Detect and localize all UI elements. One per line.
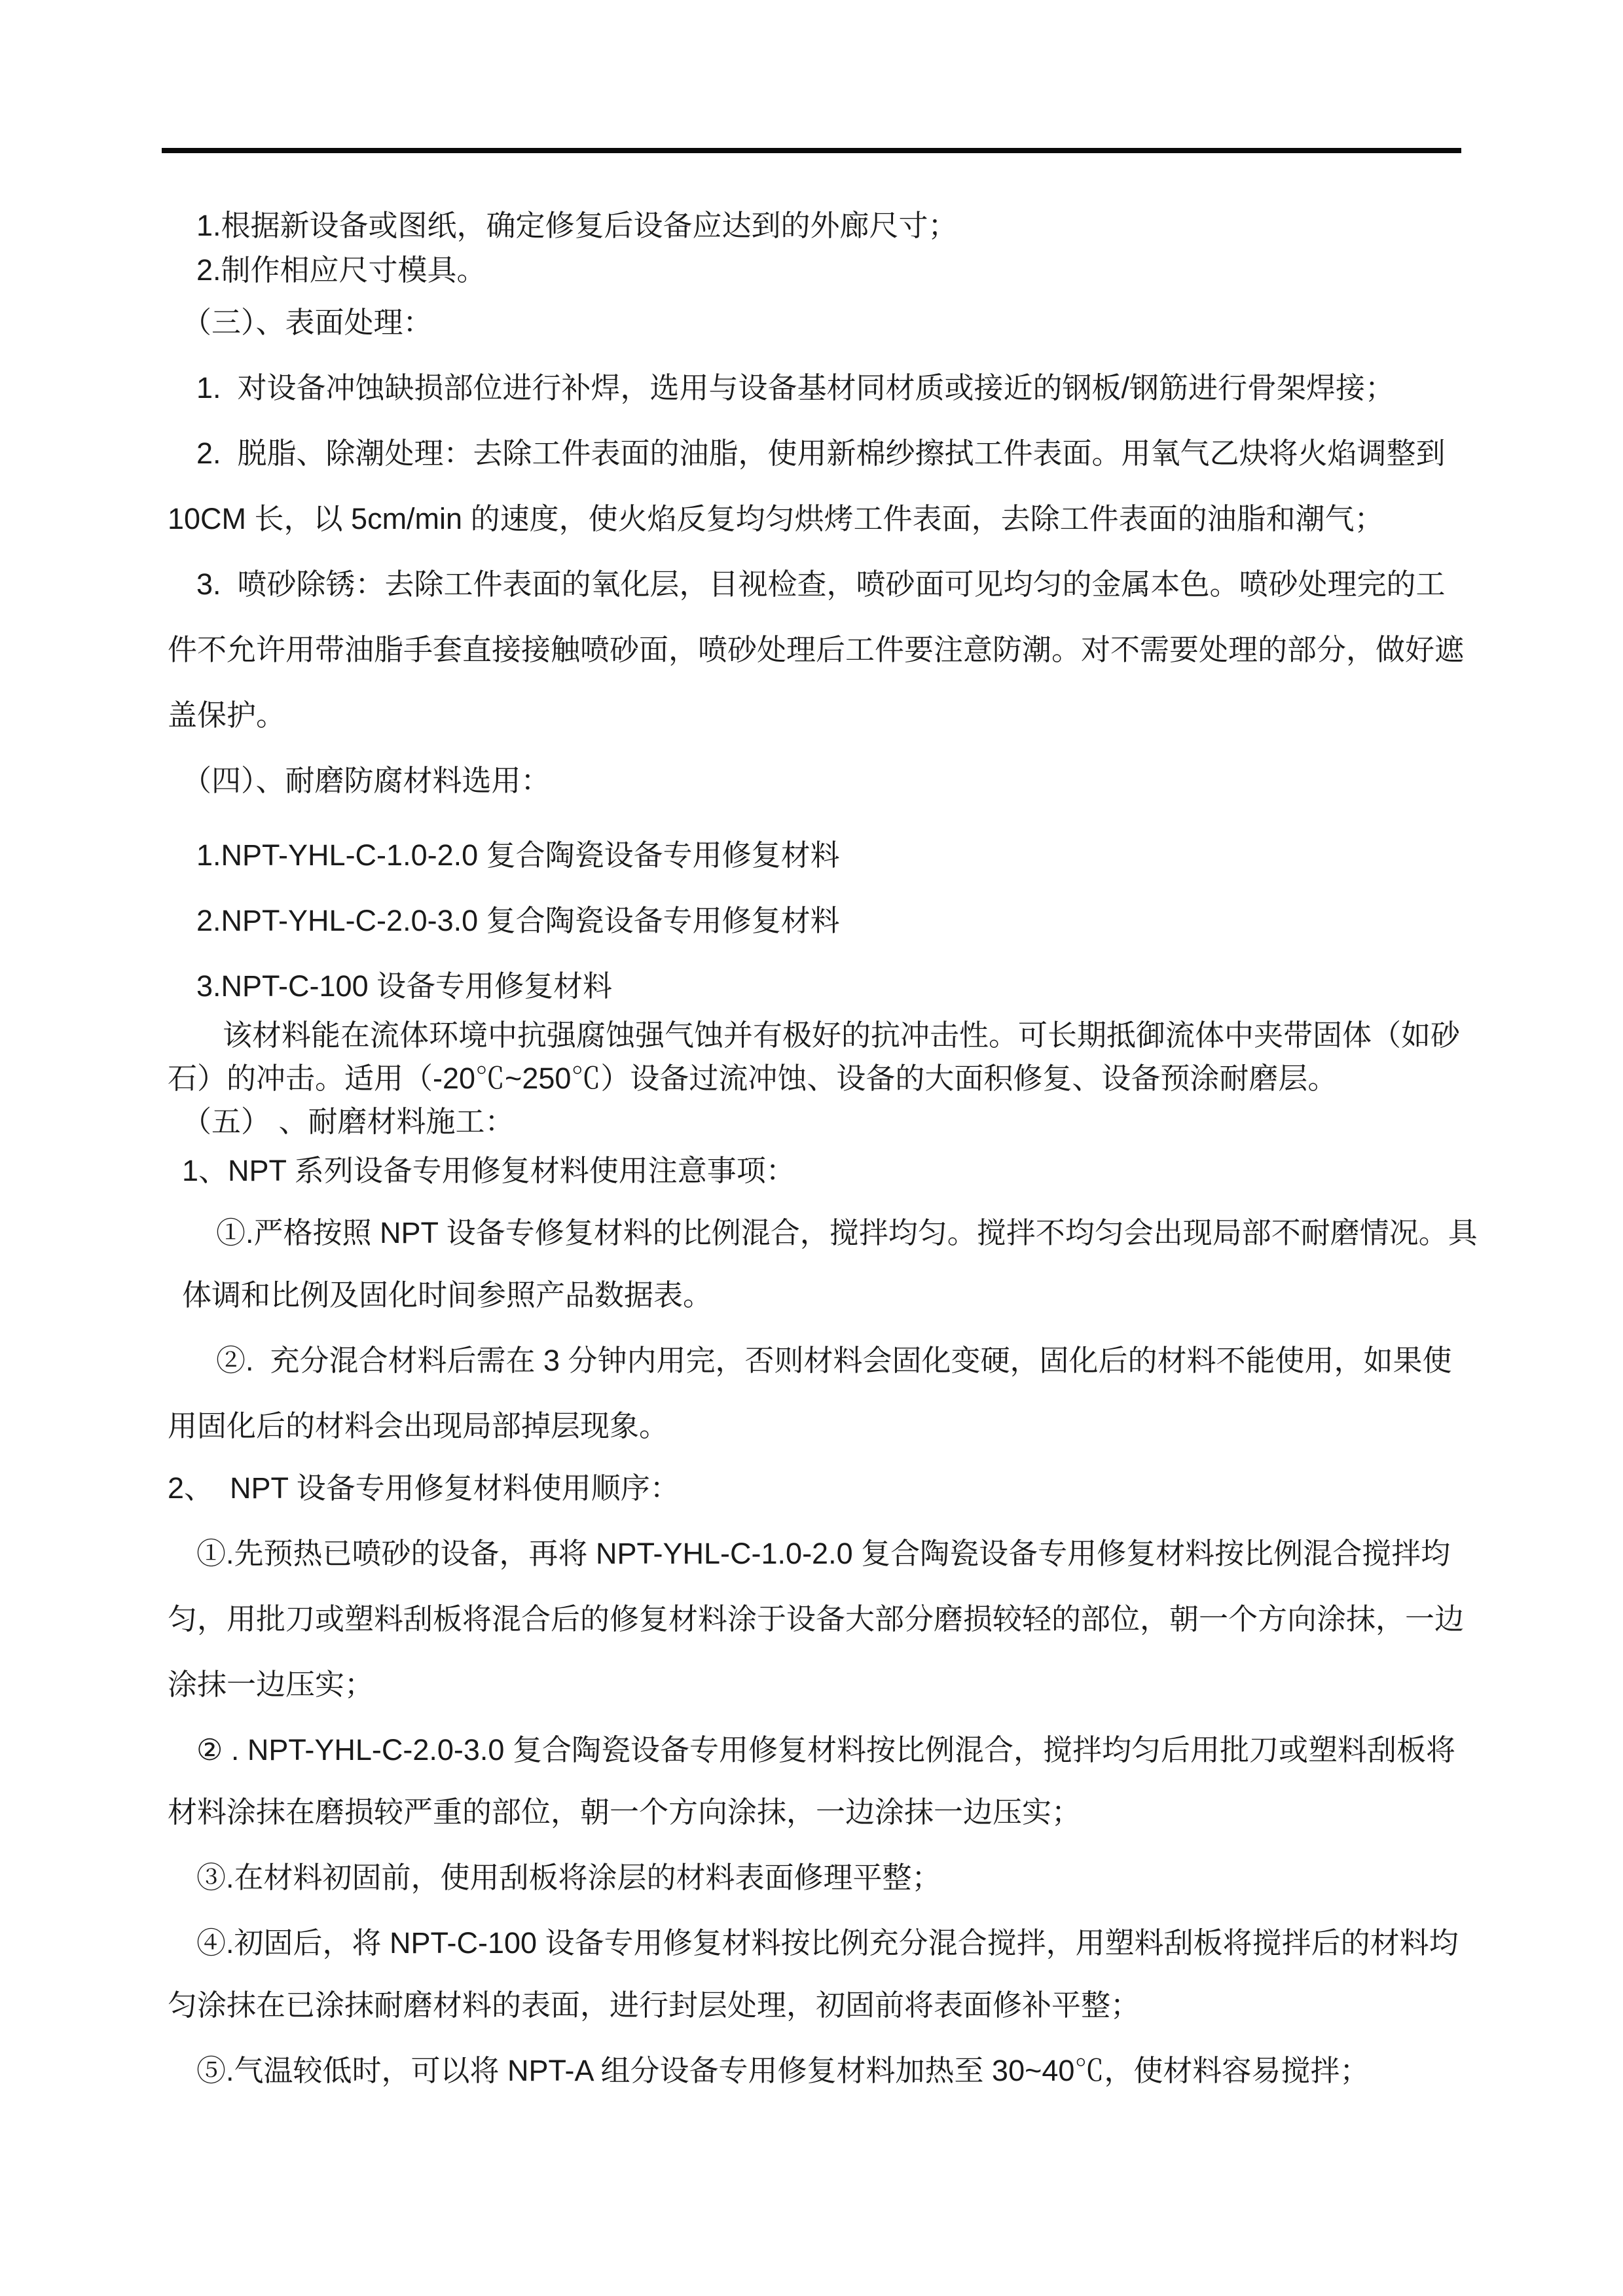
paragraph-line: 盖保护。 — [168, 696, 1470, 734]
paragraph-line: ②. 充分混合材料后需在 3 分钟内用完，否则材料会固化变硬，固化后的材料不能使… — [168, 1342, 1470, 1380]
paragraph-line: ④.初固后，将 NPT-C-100 设备专用修复材料按比例充分混合搅拌，用塑料刮… — [168, 1924, 1470, 1962]
document-body: 1.根据新设备或图纸，确定修复后设备应达到的外廊尺寸；2.制作相应尺寸模具。（三… — [168, 207, 1470, 2090]
paragraph-line: ①.先预热已喷砂的设备，再将 NPT-YHL-C-1.0-2.0 复合陶瓷设备专… — [168, 1535, 1470, 1573]
paragraph-line: 2.制作相应尺寸模具。 — [168, 251, 1470, 289]
paragraph-line: （五） 、耐磨材料施工： — [168, 1103, 1470, 1141]
paragraph-line: 体调和比例及固化时间参照产品数据表。 — [168, 1276, 1470, 1314]
paragraph-line: （四）、耐磨防腐材料选用： — [168, 762, 1470, 800]
paragraph-line: 1. 对设备冲蚀缺损部位进行补焊，选用与设备基材同材质或接近的钢板/钢筋进行骨架… — [168, 369, 1470, 407]
paragraph-line: 3.NPT-C-100 设备专用修复材料 — [168, 967, 1470, 1005]
paragraph-line: 材料涂抹在磨损较严重的部位，朝一个方向涂抹，一边涂抹一边压实； — [168, 1793, 1470, 1831]
paragraph-line: 2、 NPT 设备专用修复材料使用顺序： — [168, 1469, 1470, 1507]
paragraph-line: 涂抹一边压实； — [168, 1666, 1470, 1704]
paragraph-line: 该材料能在流体环境中抗强腐蚀强气蚀并有极好的抗冲击性。可长期抵御流体中夹带固体（… — [168, 1016, 1470, 1054]
paragraph-line: ② . NPT-YHL-C-2.0-3.0 复合陶瓷设备专用修复材料按比例混合，… — [168, 1731, 1470, 1769]
paragraph-line: 件不允许用带油脂手套直接接触喷砂面，喷砂处理后工件要注意防潮。对不需要处理的部分… — [168, 631, 1470, 669]
paragraph-line: 10CM 长，以 5cm/min 的速度，使火焰反复均匀烘烤工件表面，去除工件表… — [168, 500, 1470, 538]
paragraph-line: 1.NPT-YHL-C-1.0-2.0 复合陶瓷设备专用修复材料 — [168, 836, 1470, 874]
paragraph-line: 石）的冲击。适用（-20℃~250℃）设备过流冲蚀、设备的大面积修复、设备预涂耐… — [168, 1060, 1470, 1098]
paragraph-line: ⑤.气温较低时，可以将 NPT-A 组分设备专用修复材料加热至 30~40℃，使… — [168, 2052, 1470, 2090]
paragraph-line: ①.严格按照 NPT 设备专修复材料的比例混合，搅拌均匀。搅拌不均匀会出现局部不… — [168, 1214, 1470, 1252]
paragraph-line: 1、NPT 系列设备专用修复材料使用注意事项： — [168, 1152, 1470, 1190]
paragraph-line: 匀涂抹在已涂抹耐磨材料的表面，进行封层处理，初固前将表面修补平整； — [168, 1986, 1470, 2024]
paragraph-line: ③.在材料初固前，使用刮板将涂层的材料表面修理平整； — [168, 1859, 1470, 1897]
header-rule — [162, 148, 1461, 153]
paragraph-line: 用固化后的材料会出现局部掉层现象。 — [168, 1407, 1470, 1445]
document-page: 1.根据新设备或图纸，确定修复后设备应达到的外廊尺寸；2.制作相应尺寸模具。（三… — [0, 0, 1623, 2296]
paragraph-line: （三）、表面处理： — [168, 304, 1470, 342]
paragraph-line: 匀，用批刀或塑料刮板将混合后的修复材料涂于设备大部分磨损较轻的部位，朝一个方向涂… — [168, 1600, 1470, 1638]
paragraph-line: 3. 喷砂除锈：去除工件表面的氧化层，目视检查，喷砂面可见均匀的金属本色。喷砂处… — [168, 565, 1470, 603]
paragraph-line: 1.根据新设备或图纸，确定修复后设备应达到的外廊尺寸； — [168, 207, 1470, 245]
paragraph-line: 2.NPT-YHL-C-2.0-3.0 复合陶瓷设备专用修复材料 — [168, 902, 1470, 940]
paragraph-line: 2. 脱脂、除潮处理：去除工件表面的油脂，使用新棉纱擦拭工件表面。用氧气乙炔将火… — [168, 435, 1470, 473]
